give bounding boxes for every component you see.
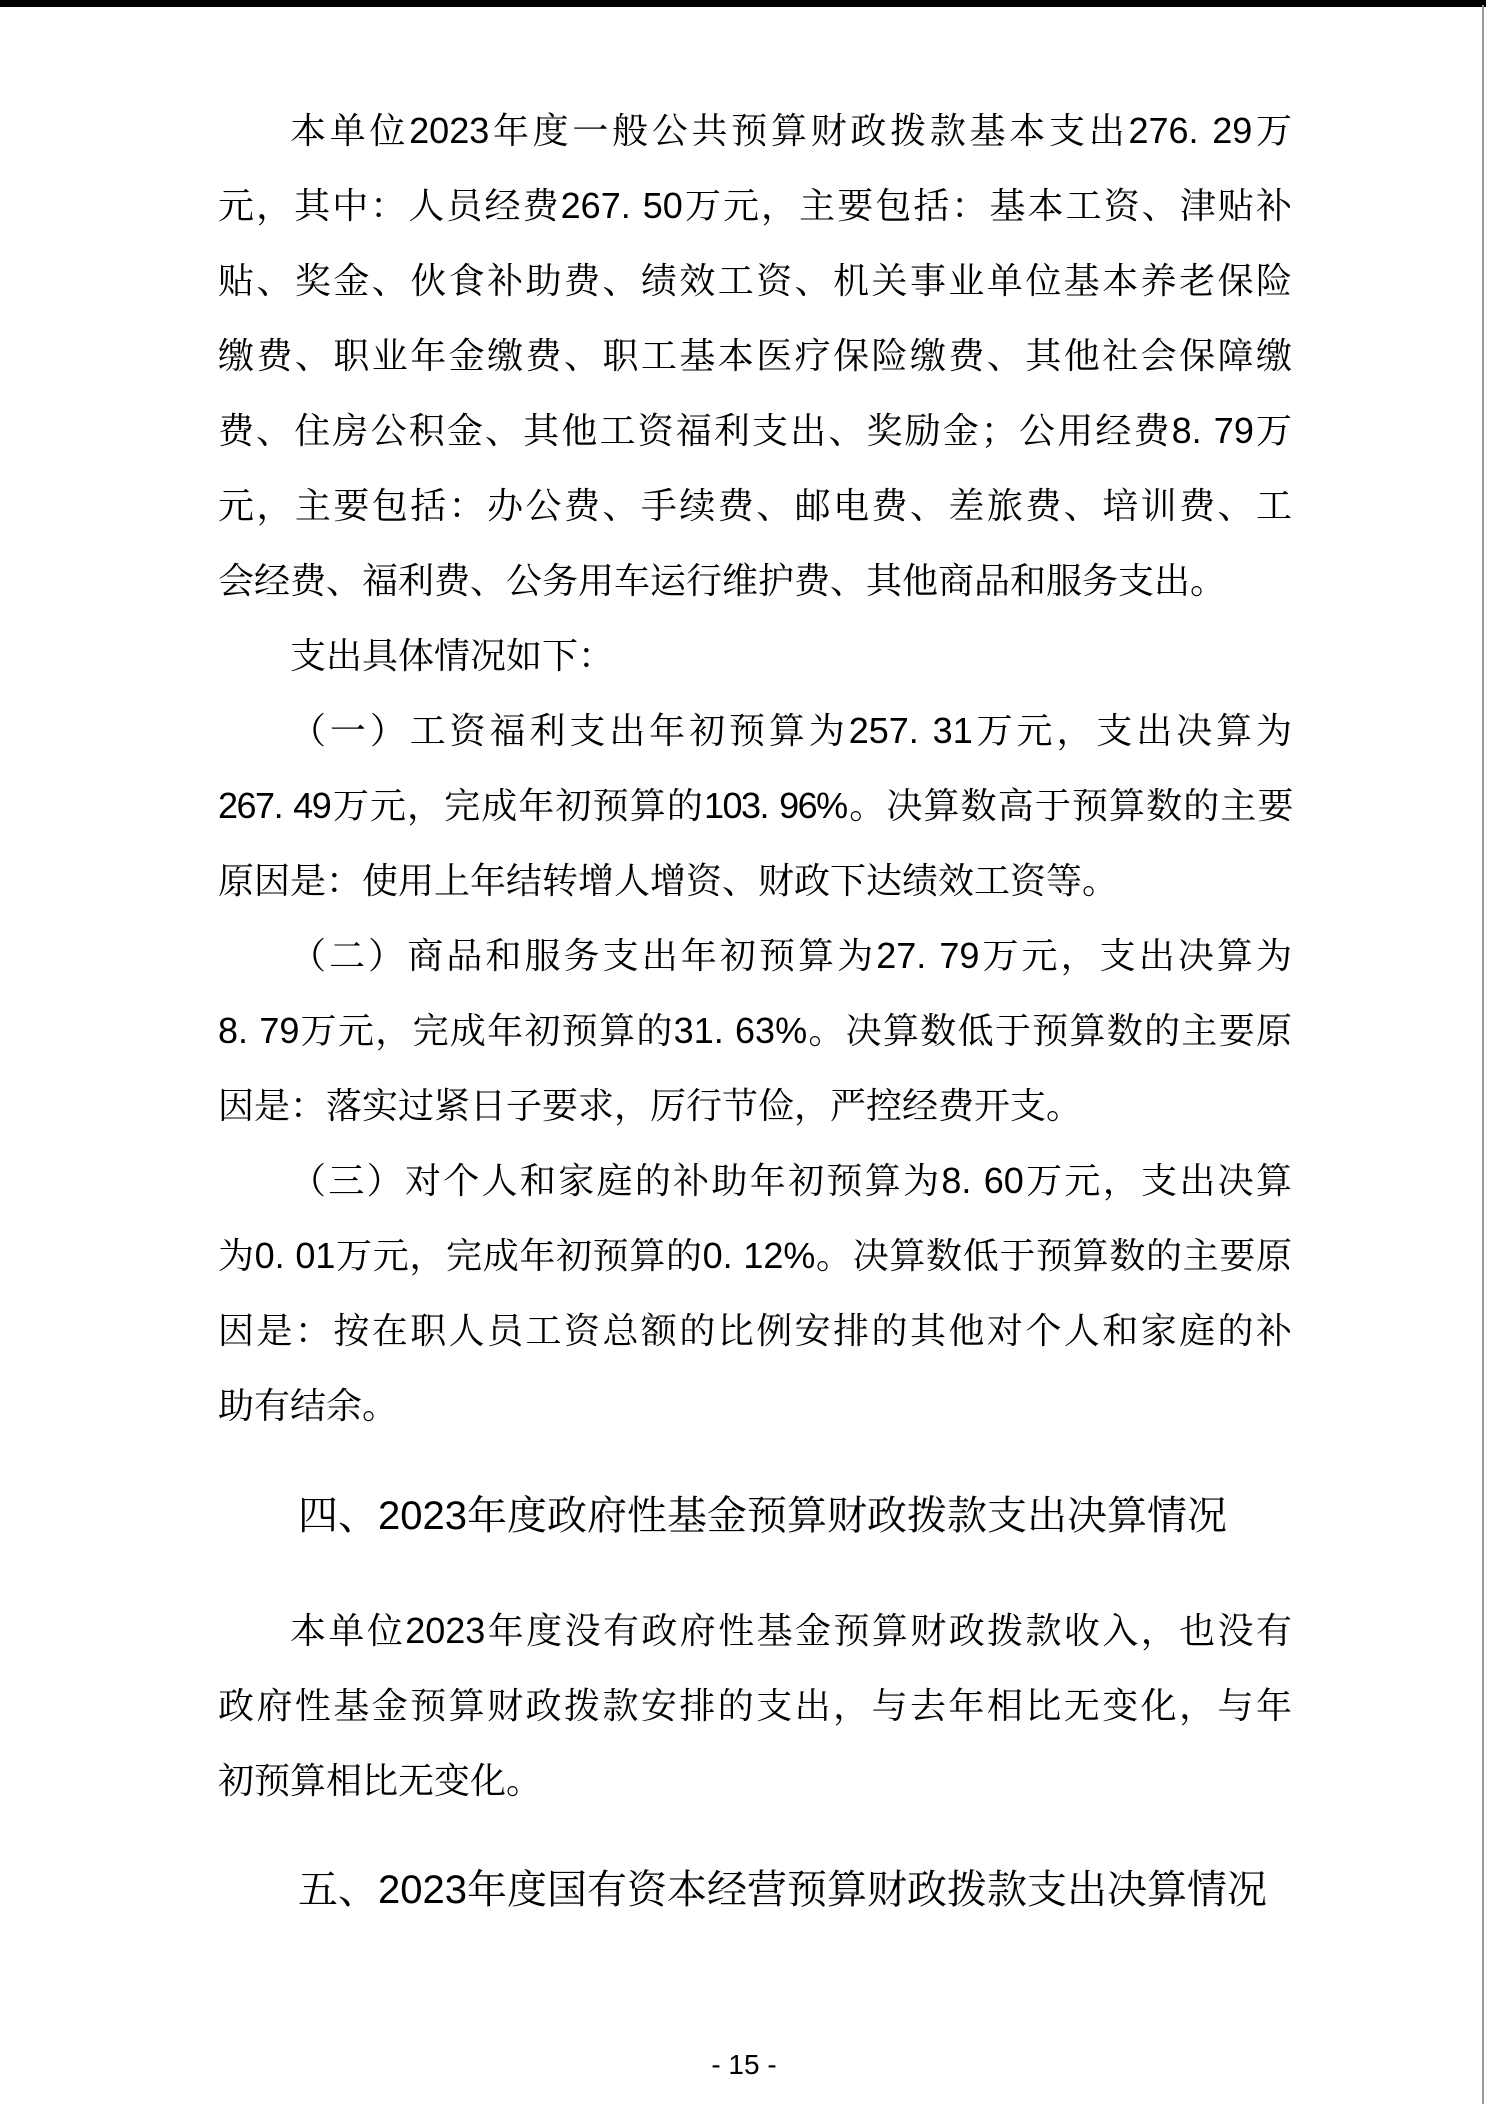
text-line: （三）对个人和家庭的补助年初预算为8. 60万元，支出决算	[218, 1143, 1292, 1218]
text-line: （一）工资福利支出年初预算为257. 31万元，支出决算为	[218, 693, 1292, 768]
text-line: 元，主要包括：办公费、手续费、邮电费、差旅费、培训费、工	[218, 468, 1292, 543]
text-line: 本单位2023年度没有政府性基金预算财政拨款收入，也没有	[218, 1593, 1292, 1668]
text-line: 助有结余。	[218, 1368, 1292, 1443]
text-line: 8. 79万元，完成年初预算的31. 63%。决算数低于预算数的主要原	[218, 993, 1292, 1068]
text-line: 因是：落实过紧日子要求，厉行节俭，严控经费开支。	[218, 1068, 1292, 1143]
scan-right-edge-line	[1482, 5, 1484, 2104]
text-line: 原因是：使用上年结转增人增资、财政下达绩效工资等。	[218, 843, 1292, 918]
text-line: 本单位2023年度一般公共预算财政拨款基本支出276. 29万	[218, 93, 1292, 168]
text-line: 会经费、福利费、公务用车运行维护费、其他商品和服务支出。	[218, 543, 1292, 618]
text-line: 贴、奖金、伙食补助费、绩效工资、机关事业单位基本养老保险	[218, 243, 1292, 318]
text-line: 元，其中：人员经费267. 50万元，主要包括：基本工资、津贴补	[218, 168, 1292, 243]
page-number: - 15 -	[0, 2045, 1488, 2085]
text-line: 缴费、职业年金缴费、职工基本医疗保险缴费、其他社会保障缴	[218, 318, 1292, 393]
text-line: 费、住房公积金、其他工资福利支出、奖励金；公用经费8. 79万	[218, 393, 1292, 468]
section-heading-5: 五、2023年度国有资本经营预算财政拨款支出决算情况	[218, 1853, 1292, 1928]
document-body: 本单位2023年度一般公共预算财政拨款基本支出276. 29万 元，其中：人员经…	[218, 0, 1292, 2104]
text-line: 支出具体情况如下：	[218, 618, 1292, 693]
text-line: 267. 49万元，完成年初预算的103. 96%。决算数高于预算数的主要	[218, 768, 1292, 843]
text-line: 因是：按在职人员工资总额的比例安排的其他对个人和家庭的补	[218, 1293, 1292, 1368]
text-line: 为0. 01万元，完成年初预算的0. 12%。决算数低于预算数的主要原	[218, 1218, 1292, 1293]
section-heading-4: 四、2023年度政府性基金预算财政拨款支出决算情况	[218, 1479, 1292, 1554]
document-page: 本单位2023年度一般公共预算财政拨款基本支出276. 29万 元，其中：人员经…	[0, 0, 1488, 2104]
text-line: 初预算相比无变化。	[218, 1743, 1292, 1818]
text-line: 政府性基金预算财政拨款安排的支出，与去年相比无变化，与年	[218, 1668, 1292, 1743]
text-line: （二）商品和服务支出年初预算为27. 79万元，支出决算为	[218, 918, 1292, 993]
